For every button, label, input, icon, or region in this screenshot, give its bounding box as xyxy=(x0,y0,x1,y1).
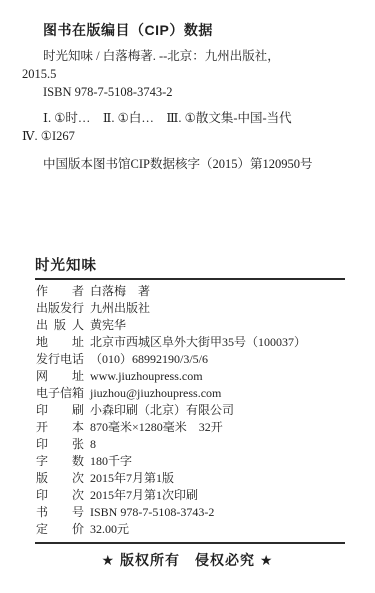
cip-bib-line: 2015.5 xyxy=(22,65,375,83)
colophon-value: jiuzhou@jiuzhoupress.com xyxy=(90,385,365,402)
colophon-value: 2015年7月第1版 xyxy=(90,470,365,487)
cip-heading: 图书在版编目（CIP）数据 xyxy=(43,21,375,39)
title-divider-block: 时光知味 xyxy=(35,257,345,280)
colophon-row: 字数180千字 xyxy=(36,453,365,470)
colophon-row: 印刷小森印刷（北京）有限公司 xyxy=(36,402,365,419)
colophon-row: 开本870毫米×1280毫米 32开 xyxy=(36,419,365,436)
colophon-row: 印次2015年7月第1次印刷 xyxy=(36,487,365,504)
colophon-row: 定价32.00元 xyxy=(36,521,365,538)
colophon-label: 定价 xyxy=(36,521,84,538)
colophon-label: 网址 xyxy=(36,368,84,385)
colophon-label: 印刷 xyxy=(36,402,84,419)
cip-classification-line: Ⅰ. ①时… Ⅱ. ①白… Ⅲ. ①散文集-中国-当代 xyxy=(43,109,375,127)
colophon-label: 版次 xyxy=(36,470,84,487)
colophon-label: 作者 xyxy=(36,283,84,300)
colophon-row: 作者白落梅 著 xyxy=(36,283,365,300)
cip-bib-line: 时光知味 / 白落梅著. --北京：九州出版社， xyxy=(43,47,375,65)
colophon-value: www.jiuzhoupress.com xyxy=(90,368,365,385)
colophon-value: 32.00元 xyxy=(90,521,365,538)
colophon-row: 书号ISBN 978-7-5108-3743-2 xyxy=(36,504,365,521)
colophon-label: 印张 xyxy=(36,436,84,453)
colophon-value: 九州出版社 xyxy=(90,300,365,317)
cip-section: 图书在版编目（CIP）数据 时光知味 / 白落梅著. --北京：九州出版社， 2… xyxy=(0,0,375,173)
copyright-notice: ★ 版权所有 侵权必究 ★ xyxy=(0,551,375,569)
colophon-row: 电子信箱jiuzhou@jiuzhoupress.com xyxy=(36,385,365,402)
colophon-row: 出版人黄宪华 xyxy=(36,317,365,334)
colophon-label: 出版发行 xyxy=(36,300,84,317)
cip-classification-line: Ⅳ. ①I267 xyxy=(22,127,375,145)
colophon-row: 网址www.jiuzhoupress.com xyxy=(36,368,365,385)
colophon-label: 发行电话 xyxy=(36,351,84,368)
colophon-value: 小森印刷（北京）有限公司 xyxy=(90,402,365,419)
colophon-label: 字数 xyxy=(36,453,84,470)
colophon-label: 地址 xyxy=(36,334,84,351)
colophon-value: 2015年7月第1次印刷 xyxy=(90,487,365,504)
colophon-row: 印张8 xyxy=(36,436,365,453)
colophon-value: 180千字 xyxy=(90,453,365,470)
colophon-value: （010）68992190/3/5/6 xyxy=(90,351,365,368)
colophon-row: 发行电话（010）68992190/3/5/6 xyxy=(36,351,365,368)
colophon-rows: 作者白落梅 著出版发行九州出版社出版人黄宪华地址北京市西城区阜外大街甲35号（1… xyxy=(36,283,365,538)
colophon-label: 印次 xyxy=(36,487,84,504)
colophon-label: 出版人 xyxy=(36,317,84,334)
colophon-row: 版次2015年7月第1版 xyxy=(36,470,365,487)
cip-isbn-line: ISBN 978-7-5108-3743-2 xyxy=(43,83,375,101)
colophon-label: 电子信箱 xyxy=(36,385,84,402)
colophon-row: 出版发行九州出版社 xyxy=(36,300,365,317)
cip-record-line: 中国版本图书馆CIP数据核字（2015）第120950号 xyxy=(43,155,375,173)
colophon-label: 书号 xyxy=(36,504,84,521)
colophon-value: 8 xyxy=(90,436,365,453)
book-copyright-page: 图书在版编目（CIP）数据 时光知味 / 白落梅著. --北京：九州出版社， 2… xyxy=(0,0,375,593)
colophon-section: 时光知味 作者白落梅 著出版发行九州出版社出版人黄宪华地址北京市西城区阜外大街甲… xyxy=(0,257,375,544)
colophon-label: 开本 xyxy=(36,419,84,436)
colophon-value: ISBN 978-7-5108-3743-2 xyxy=(90,504,365,521)
colophon-value: 黄宪华 xyxy=(90,317,365,334)
divider-line xyxy=(35,542,345,544)
book-title: 时光知味 xyxy=(35,257,345,275)
colophon-value: 白落梅 著 xyxy=(90,283,365,300)
colophon-row: 地址北京市西城区阜外大街甲35号（100037） xyxy=(36,334,365,351)
colophon-value: 北京市西城区阜外大街甲35号（100037） xyxy=(90,334,365,351)
colophon-value: 870毫米×1280毫米 32开 xyxy=(90,419,365,436)
